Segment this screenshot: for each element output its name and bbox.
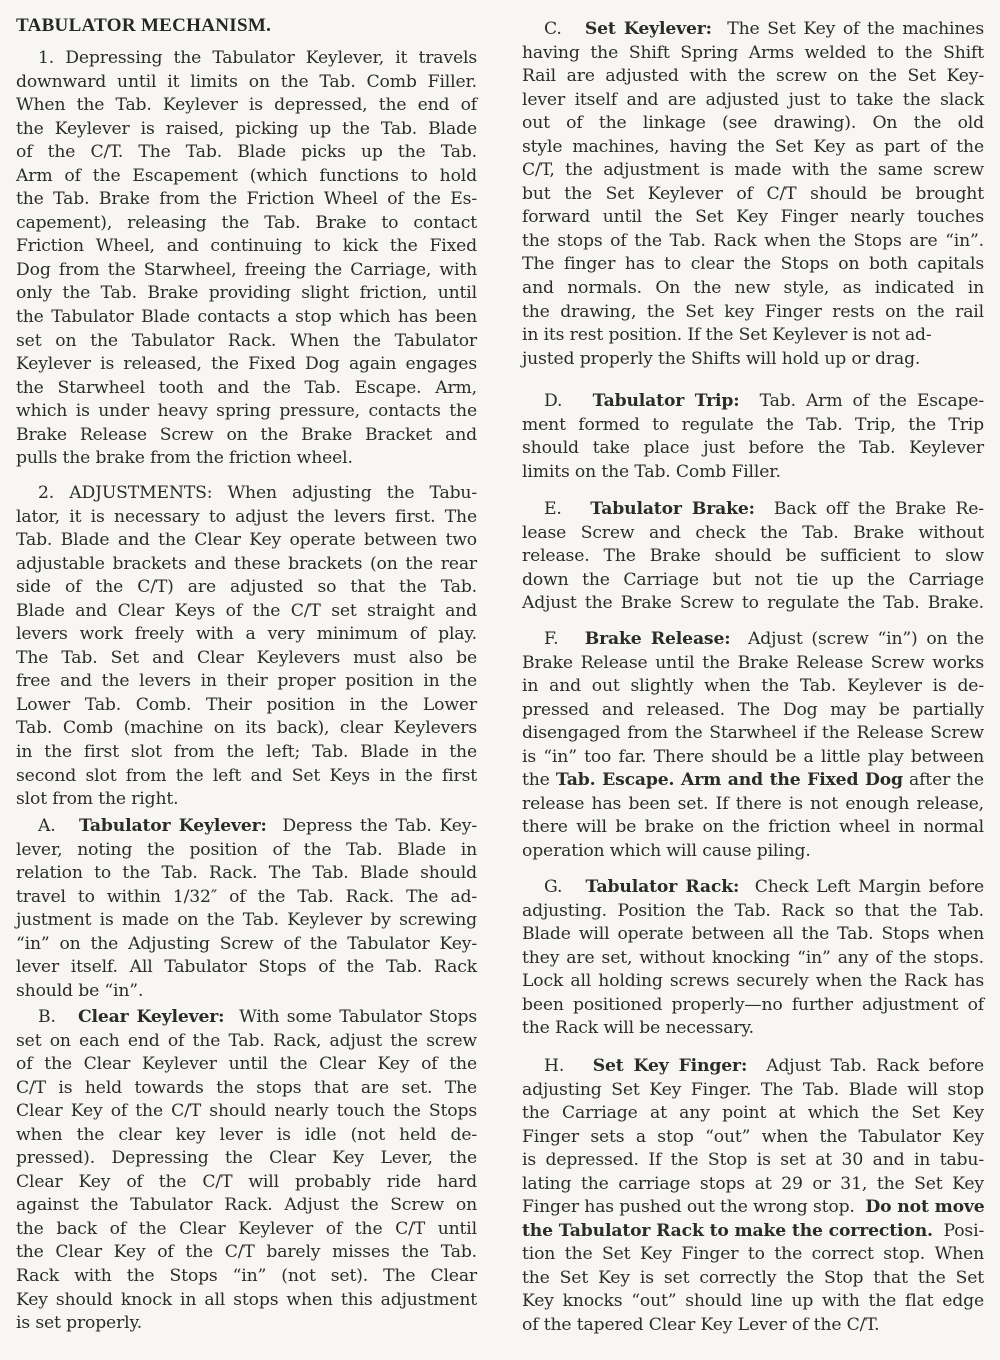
text-line: operation which will cause piling.: [522, 840, 984, 864]
text-line-with-warning: Finger has pushed out the wrong stop. Do…: [522, 1196, 984, 1220]
text-line: pulls the brake from the friction wheel.: [16, 447, 477, 471]
text-line: Keylever is released, the Fixed Dog agai…: [16, 353, 477, 377]
warning-text: the Tabulator Rack to make the correctio…: [522, 1221, 933, 1241]
text-line: release. The Brake should be sufficient …: [522, 545, 984, 569]
text-line-with-warning: the Tabulator Rack to make the correctio…: [522, 1220, 984, 1244]
text-line: adjustable brackets and these brackets (…: [16, 553, 477, 577]
text-line: which is under heavy spring pressure, co…: [16, 400, 477, 424]
text-line: lating the carriage stops at 29 or 31, t…: [522, 1173, 984, 1197]
text-line: Arm of the Escapement (which functions t…: [16, 165, 477, 189]
text-line: against the Tabulator Rack. Adjust the S…: [16, 1194, 477, 1218]
section-c-set-keylever: C. Set Keylever: The Set Key of the mach…: [522, 18, 984, 371]
section-e-tabulator-brake: E. Tabulator Brake: Back off the Brake R…: [522, 498, 984, 616]
section-label: F.: [544, 629, 558, 649]
section-heading-line: H. Set Key Finger: Adjust Tab. Rack befo…: [522, 1055, 984, 1079]
text-line: The Tab. Set and Clear Keylevers must al…: [16, 647, 477, 671]
text-line: the Keylever is raised, picking up the T…: [16, 118, 477, 142]
text-line: lease Screw and check the Tab. Brake wit…: [522, 522, 984, 546]
text-line: is depressed. If the Stop is set at 30 a…: [522, 1149, 984, 1173]
text-line: in and out slightly when the Tab. Keylev…: [522, 675, 984, 699]
text-line: is set properly.: [16, 1312, 477, 1336]
text-line: of the C/T. The Tab. Blade picks up the …: [16, 141, 477, 165]
text-line: the Starwheel tooth and the Tab. Escape.…: [16, 377, 477, 401]
text-line: the Tab. Brake from the Friction Wheel o…: [16, 188, 477, 212]
text-line: limits on the Tab. Comb Filler.: [522, 461, 984, 485]
text-line: Blade and Clear Keys of the C/T set stra…: [16, 600, 477, 624]
section-heading-line: A. Tabulator Keylever: Depress the Tab. …: [16, 815, 477, 839]
text-line: levers work freely with a very minimum o…: [16, 623, 477, 647]
section-heading: Set Key Finger:: [593, 1056, 747, 1076]
text-line: and normals. On the new style, as indica…: [522, 277, 984, 301]
section-label: G.: [544, 877, 562, 897]
text-line: release has been set. If there is not en…: [522, 793, 984, 817]
text-line: set on each end of the Tab. Rack, adjust…: [16, 1030, 477, 1054]
text-line: second slot from the left and Set Keys i…: [16, 765, 477, 789]
text-fragment: the: [522, 770, 550, 790]
section-label: E.: [544, 499, 562, 519]
section-heading: Clear Keylever:: [78, 1007, 224, 1027]
section-heading-line: E. Tabulator Brake: Back off the Brake R…: [522, 498, 984, 522]
section-heading-line: B. Clear Keylever: With some Tabulator S…: [16, 1006, 477, 1030]
text-line: lever itself and are adjusted just to ta…: [522, 89, 984, 113]
section-d-tabulator-trip: D. Tabulator Trip: Tab. Arm of the Escap…: [522, 390, 984, 484]
section-g-tabulator-rack: G. Tabulator Rack: Check Left Margin bef…: [522, 876, 984, 1041]
text-line: when the clear key lever is idle (not he…: [16, 1124, 477, 1148]
section-heading: Tabulator Trip:: [593, 391, 740, 411]
text-line: but the Set Keylever of C/T should be br…: [522, 183, 984, 207]
text-line: Depress the Tab. Key-: [282, 816, 477, 836]
text-line: Check Left Margin before: [755, 877, 984, 897]
text-line: the Carriage at any point at which the S…: [522, 1102, 984, 1126]
text-line: down the Carriage but not tie up the Car…: [522, 569, 984, 593]
page-title: TABULATOR MECHANISM.: [16, 15, 271, 37]
text-line: the Rack will be necessary.: [522, 1017, 984, 1041]
section-label: A.: [38, 816, 56, 836]
section-h-set-key-finger: H. Set Key Finger: Adjust Tab. Rack befo…: [522, 1055, 984, 1338]
text-line: The Set Key of the machines: [727, 19, 984, 39]
text-line: the drawing, the Set key Finger rests on…: [522, 301, 984, 325]
text-line: in the first slot from the left; Tab. Bl…: [16, 741, 477, 765]
text-line: the Tabulator Blade contacts a stop whic…: [16, 306, 477, 330]
paragraph-2-adjustments: 2. ADJUSTMENTS: When adjusting the Tabu-…: [16, 482, 477, 812]
text-line: adjusting. Position the Tab. Rack so tha…: [522, 900, 984, 924]
section-label: H.: [544, 1056, 564, 1076]
text-line-with-emphasis: the Tab. Escape. Arm and the Fixed Dog a…: [522, 769, 984, 793]
text-line: Dog from the Starwheel, freeing the Carr…: [16, 259, 477, 283]
section-heading-line: C. Set Keylever: The Set Key of the mach…: [522, 18, 984, 42]
text-line: Tab. Arm of the Escape-: [760, 391, 984, 411]
text-line: in its rest position. If the Set Keyleve…: [522, 324, 984, 348]
text-line: the Clear Key of the C/T barely misses t…: [16, 1241, 477, 1265]
text-line: justment is made on the Tab. Keylever by…: [16, 909, 477, 933]
text-line: set on the Tabulator Rack. When the Tabu…: [16, 330, 477, 354]
text-line: Blade will operate between all the Tab. …: [522, 923, 984, 947]
text-line: Tab. Blade and the Clear Key operate bet…: [16, 529, 477, 553]
text-line: of the Clear Keylever until the Clear Ke…: [16, 1053, 477, 1077]
section-heading: Tabulator Rack:: [586, 877, 740, 897]
text-line: Clear Key of the C/T should nearly touch…: [16, 1100, 477, 1124]
text-line: Clear Key of the C/T will probably ride …: [16, 1171, 477, 1195]
text-line: style machines, having the Set Key as pa…: [522, 136, 984, 160]
text-line: pressed and released. The Dog may be par…: [522, 699, 984, 723]
text-line: Back off the Brake Re-: [774, 499, 984, 519]
text-line: of the tapered Clear Key Lever of the C/…: [522, 1314, 984, 1338]
text-line: travel to within 1/32″ of the Tab. Rack.…: [16, 886, 477, 910]
text-line: Key should knock in all stops when this …: [16, 1289, 477, 1313]
text-line: should be “in”.: [16, 980, 477, 1004]
text-line: side of the C/T) are adjusted so that th…: [16, 576, 477, 600]
text-line: been positioned properly—no further adju…: [522, 994, 984, 1018]
text-line: the stops of the Tab. Rack when the Stop…: [522, 230, 984, 254]
text-line: Lower Tab. Comb. Their position in the L…: [16, 694, 477, 718]
section-heading-line: G. Tabulator Rack: Check Left Margin bef…: [522, 876, 984, 900]
section-heading-line: D. Tabulator Trip: Tab. Arm of the Escap…: [522, 390, 984, 414]
text-line: Finger sets a stop “out” when the Tabula…: [522, 1126, 984, 1150]
text-line: justed properly the Shifts will hold up …: [522, 348, 984, 372]
text-line: ment formed to regulate the Tab. Trip, t…: [522, 414, 984, 438]
text-line: there will be brake on the friction whee…: [522, 816, 984, 840]
text-line: C/T, the adjustment is made with the sam…: [522, 159, 984, 183]
paragraph-1-description: 1. Depressing the Tabulator Keylever, it…: [16, 47, 477, 471]
text-line: C/T is held towards the stops that are s…: [16, 1077, 477, 1101]
text-line: capement), releasing the Tab. Brake to c…: [16, 212, 477, 236]
text-line: tion the Set Key Finger to the correct s…: [522, 1243, 984, 1267]
text-line: Key knocks “out” should line up with the…: [522, 1290, 984, 1314]
section-label: C.: [544, 19, 562, 39]
section-label: D.: [544, 391, 562, 411]
text-line: Friction Wheel, and continuing to kick t…: [16, 235, 477, 259]
text-line: 1. Depressing the Tabulator Keylever, it…: [16, 47, 477, 71]
text-line: forward until the Set Key Finger nearly …: [522, 206, 984, 230]
text-line: slot from the right.: [16, 788, 477, 812]
section-heading: Tabulator Brake:: [590, 499, 755, 519]
text-line: Rail are adjusted with the screw on the …: [522, 65, 984, 89]
text-line: Adjust Tab. Rack before: [766, 1056, 984, 1076]
section-f-brake-release: F. Brake Release: Adjust (screw “in”) on…: [522, 628, 984, 863]
text-line: should take place just before the Tab. K…: [522, 437, 984, 461]
text-line: pressed). Depressing the Clear Key Lever…: [16, 1147, 477, 1171]
document-page: TABULATOR MECHANISM. 1. Depressing the T…: [0, 0, 1000, 1360]
text-line: Tab. Comb (machine on its back), clear K…: [16, 717, 477, 741]
warning-text: Do not move: [865, 1197, 984, 1217]
section-heading-line: F. Brake Release: Adjust (screw “in”) on…: [522, 628, 984, 652]
text-line: having the Shift Spring Arms welded to t…: [522, 42, 984, 66]
text-line: they are set, without knocking “in” any …: [522, 947, 984, 971]
section-heading: Set Keylever:: [585, 19, 712, 39]
section-label: B.: [38, 1007, 56, 1027]
text-line: out of the linkage (see drawing). On the…: [522, 112, 984, 136]
section-heading: Tabulator Keylever:: [79, 816, 267, 836]
text-line: is “in” too far. There should be a littl…: [522, 746, 984, 770]
text-line: Lock all holding screws securely when th…: [522, 970, 984, 994]
text-line: When the Tab. Keylever is depressed, the…: [16, 94, 477, 118]
text-line: only the Tab. Brake providing slight fri…: [16, 282, 477, 306]
text-line: The finger has to clear the Stops on bot…: [522, 253, 984, 277]
text-line: disengaged from the Starwheel if the Rel…: [522, 722, 984, 746]
text-fragment: after the: [909, 770, 984, 790]
text-line: lever itself. All Tabulator Stops of the…: [16, 956, 477, 980]
section-b-clear-keylever: B. Clear Keylever: With some Tabulator S…: [16, 1006, 477, 1336]
text-fragment: Posi-: [944, 1221, 985, 1241]
text-line: “in” on the Adjusting Screw of the Tabul…: [16, 933, 477, 957]
text-line: adjusting Set Key Finger. The Tab. Blade…: [522, 1079, 984, 1103]
text-line: 2. ADJUSTMENTS: When adjusting the Tabu-: [16, 482, 477, 506]
text-line: Adjust (screw “in”) on the: [748, 629, 984, 649]
text-line: Brake Release Screw on the Brake Bracket…: [16, 424, 477, 448]
text-line: Rack with the Stops “in” (not set). The …: [16, 1265, 477, 1289]
emphasis-text: Tab. Escape. Arm and the Fixed Dog: [556, 770, 903, 790]
text-line: free and the levers in their proper posi…: [16, 670, 477, 694]
text-line: Adjust the Brake Screw to regulate the T…: [522, 592, 984, 616]
text-line: downward until it limits on the Tab. Com…: [16, 71, 477, 95]
text-line: the Set Key is set correctly the Stop th…: [522, 1267, 984, 1291]
text-line: the back of the Clear Keylever of the C/…: [16, 1218, 477, 1242]
section-heading: Brake Release:: [585, 629, 731, 649]
text-line: relation to the Tab. Rack. The Tab. Blad…: [16, 862, 477, 886]
text-fragment: Finger has pushed out the wrong stop.: [522, 1197, 855, 1217]
text-line: Brake Release until the Brake Release Sc…: [522, 652, 984, 676]
text-line: lator, it is necessary to adjust the lev…: [16, 506, 477, 530]
text-line: lever, noting the position of the Tab. B…: [16, 839, 477, 863]
text-line: With some Tabulator Stops: [239, 1007, 477, 1027]
section-a-tabulator-keylever: A. Tabulator Keylever: Depress the Tab. …: [16, 815, 477, 1003]
